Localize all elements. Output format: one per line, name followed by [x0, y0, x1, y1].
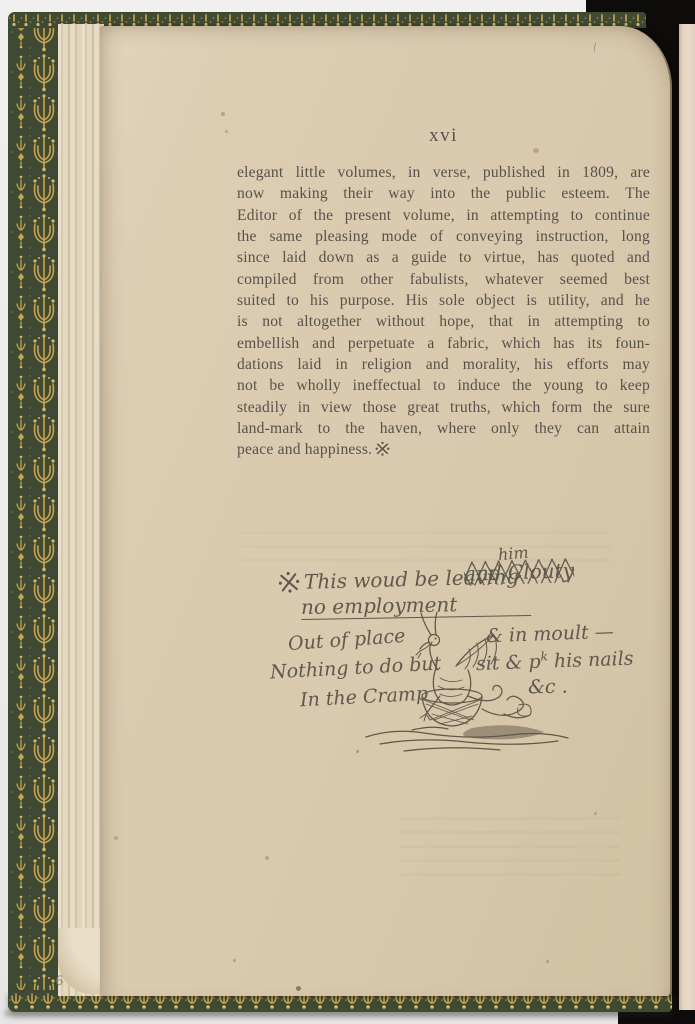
verso-show-through: [240, 526, 610, 562]
printed-line: Editor of the present volume, in attempt…: [237, 205, 650, 226]
fox-spot: [114, 836, 118, 840]
printed-paragraph: elegant little volumes, in verse, publis…: [237, 162, 650, 461]
printed-line: now making their way into the public est…: [237, 183, 650, 204]
fox-spot: [594, 812, 597, 815]
printed-line: peace and happiness.: [237, 439, 650, 460]
book-page-photo: 6 xvi elegant little volumes, in verse, …: [0, 0, 695, 1024]
printed-line: not be wholly ineffectual to induce the …: [237, 375, 650, 396]
fore-edge-leaves: [58, 24, 104, 996]
printed-line: is not altogether without hope, that in …: [237, 311, 650, 332]
annotation-right-note-3: &c .: [528, 676, 568, 699]
fox-spot: [546, 960, 549, 963]
annotation-right-note-2b: his nails: [548, 648, 634, 673]
annotation-line2-text: no employment: [301, 591, 532, 620]
fox-spot: [265, 856, 269, 860]
annotation-correction-him: him: [497, 543, 529, 565]
verso-show-through: [400, 816, 620, 876]
printed-line: suited to his purpose. His sole object i…: [237, 290, 650, 311]
annotation-right-note-2: sit & pk his nails: [476, 646, 634, 675]
fox-spot: [225, 130, 228, 133]
printed-line: land-mark to the haven, where only they …: [237, 418, 650, 439]
annotation-right-note-1: & in moult —: [486, 621, 614, 647]
printed-line: elegant little volumes, in verse, publis…: [237, 162, 650, 183]
page-number: xvi: [237, 125, 650, 147]
annotation-right-note-2a: sit & p: [476, 651, 541, 675]
facing-page-edge: [679, 24, 695, 1010]
fox-spot: [233, 959, 236, 962]
binding-left-board: [8, 12, 62, 1010]
fox-spot: [221, 112, 225, 116]
printed-line: since laid down as a guide to virtue, ha…: [237, 247, 650, 268]
printed-line: dations laid in religion and morality, h…: [237, 354, 650, 375]
fox-spot: [533, 148, 539, 153]
printed-line: the same pleasing mode of conveying inst…: [237, 226, 650, 247]
fox-spot: [296, 986, 301, 991]
printed-line: steadily in view those great truths, whi…: [237, 397, 650, 418]
printed-line-text: peace and happiness.: [237, 441, 372, 458]
printed-line: embellish and perpetuate a fabric, which…: [237, 333, 650, 354]
reference-mark-icon: [375, 441, 390, 456]
fox-spot: [356, 750, 359, 753]
main-page: xvi elegant little volumes, in verse, pu…: [100, 26, 672, 996]
annotation-line2: no employment: [301, 591, 532, 619]
book-cast-shadow: [4, 1011, 652, 1020]
annotation-reference-mark-icon: [277, 570, 301, 594]
printed-line: compiled from other fabulists, whatever …: [237, 269, 650, 290]
